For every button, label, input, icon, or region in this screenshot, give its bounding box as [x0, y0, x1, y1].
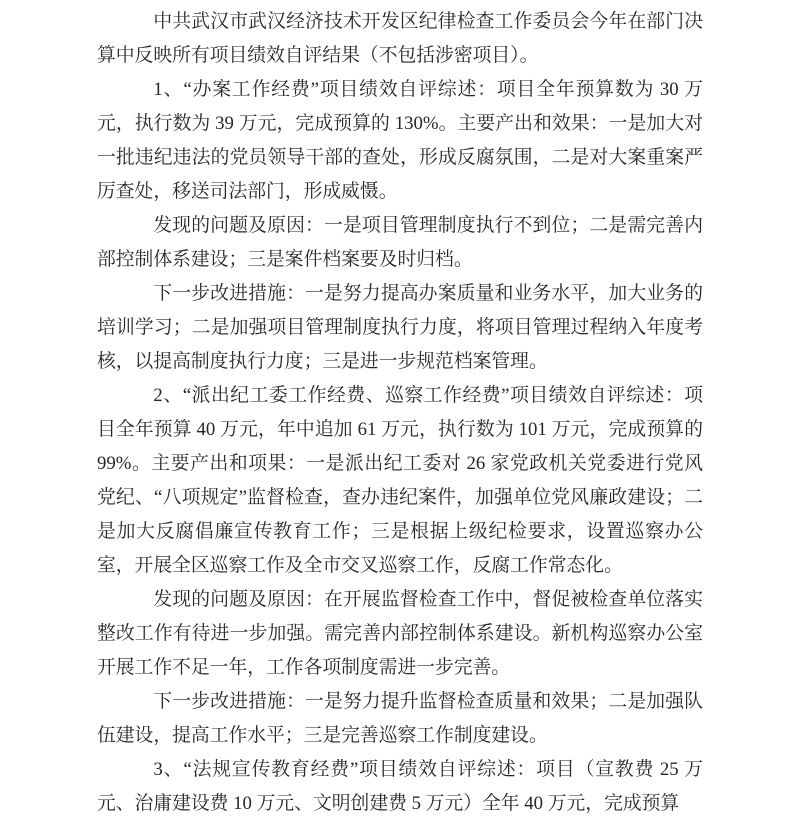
paragraph-item2-problems: 发现的问题及原因：在开展监督检查工作中，督促被检查单位落实整改工作有待进一步加强…: [97, 583, 703, 685]
paragraph-item2-measures: 下一步改进措施：一是努力提升监督检查质量和效果；二是加强队伍建设，提高工作水平；…: [97, 685, 703, 753]
paragraph-item3-summary: 3、“法规宣传教育经费”项目绩效自评综述：项目（宣教费 25 万元、治庸建设费 …: [97, 753, 703, 821]
paragraph-intro: 中共武汉市武汉经济技术开发区纪律检查工作委员会今年在部门决算中反映所有项目绩效自…: [97, 5, 703, 73]
paragraph-item2-summary: 2、“派出纪工委工作经费、巡察工作经费”项目绩效自评综述：项目全年预算 40 万…: [97, 379, 703, 583]
paragraph-item1-measures: 下一步改进措施：一是努力提高办案质量和业务水平，加大业务的培训学习；二是加强项目…: [97, 277, 703, 379]
paragraph-item1-summary: 1、“办案工作经费”项目绩效自评综述：项目全年预算数为 30 万元，执行数为 3…: [97, 73, 703, 209]
paragraph-item1-problems: 发现的问题及原因：一是项目管理制度执行不到位；二是需完善内部控制体系建设；三是案…: [97, 209, 703, 277]
document-page: 中共武汉市武汉经济技术开发区纪律检查工作委员会今年在部门决算中反映所有项目绩效自…: [0, 0, 799, 829]
